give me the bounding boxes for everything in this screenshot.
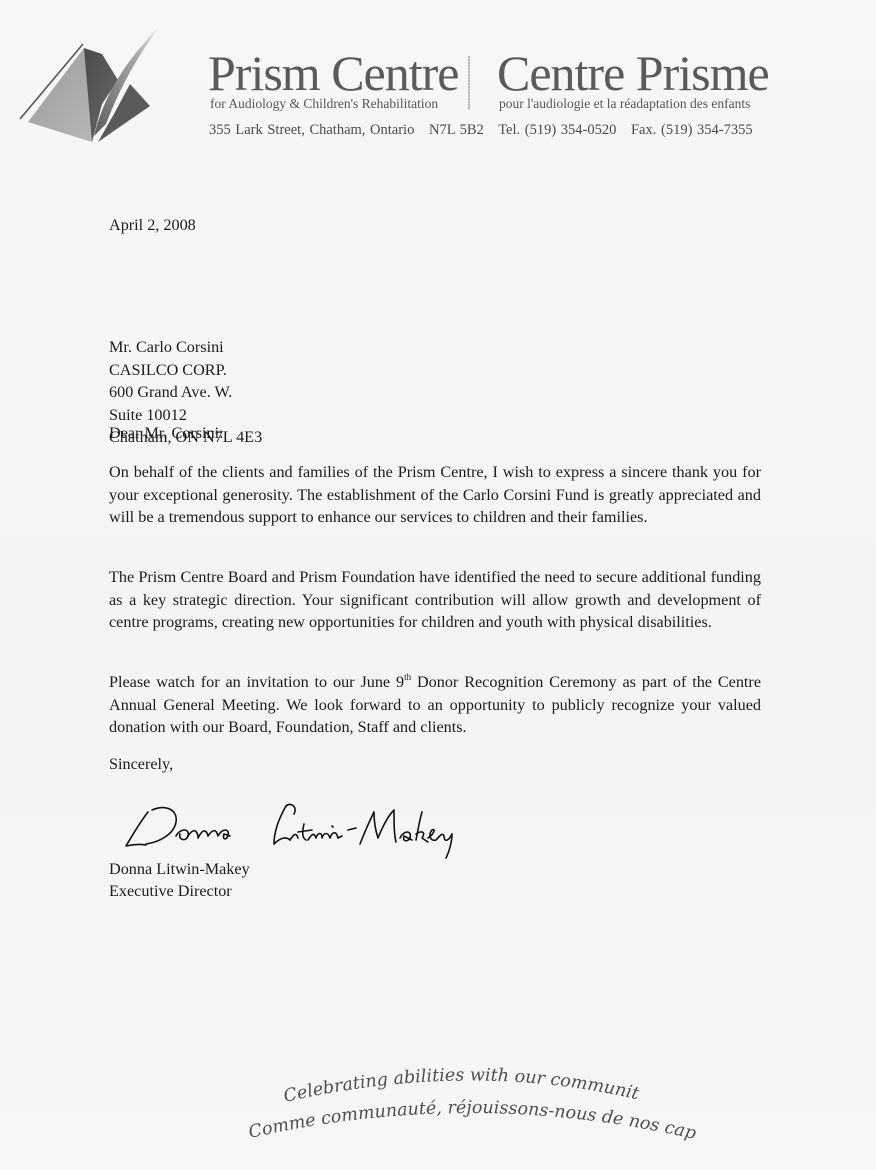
contact-fax: Fax. (519) 354-7355 <box>631 122 753 138</box>
recipient-name: Mr. Carlo Corsini <box>109 336 761 359</box>
body-paragraph-3: Please watch for an invitation to our Ju… <box>109 671 761 739</box>
letter-page: Prism Centre for Audiology & Children's … <box>0 0 876 1170</box>
footer-slogan: Celebrating abilities with our community… <box>230 1060 710 1155</box>
contact-address: 355 Lark Street, Chatham, Ontario <box>209 122 414 138</box>
letter-date: April 2, 2008 <box>109 214 761 237</box>
body-paragraph-2: The Prism Centre Board and Prism Foundat… <box>109 566 761 634</box>
letterhead-contact: 355 Lark Street, Chatham, Ontario N7L 5B… <box>209 122 763 139</box>
brand-name-english: Prism Centre <box>208 50 458 96</box>
brand-divider <box>468 56 470 110</box>
closing: Sincerely, <box>109 753 761 776</box>
brand-subtitle-english: for Audiology & Children's Rehabilitatio… <box>210 96 458 111</box>
recipient-company: CASILCO CORP. <box>109 359 761 382</box>
body-paragraph-1: On behalf of the clients and families of… <box>109 461 761 529</box>
signer-name: Donna Litwin-Makey <box>109 858 761 881</box>
handwritten-signature <box>118 800 488 860</box>
brand-french: Centre Prisme pour l'audiologie et la ré… <box>497 50 769 111</box>
brand-subtitle-french: pour l'audiologie et la réadaptation des… <box>499 96 769 111</box>
signer-title: Executive Director <box>109 880 761 903</box>
brand-name-french: Centre Prisme <box>497 50 769 96</box>
contact-postal-code: N7L 5B2 <box>429 122 484 138</box>
brand-english: Prism Centre for Audiology & Children's … <box>208 50 458 111</box>
recipient-street: 600 Grand Ave. W. <box>109 381 761 404</box>
prism-pyramid-logo-icon <box>18 24 163 146</box>
paragraph-3-before: Please watch for an invitation to our Ju… <box>109 673 404 691</box>
salutation: Dear Mr. Corsini: <box>109 422 761 445</box>
contact-tel: Tel. (519) 354-0520 <box>498 122 616 138</box>
